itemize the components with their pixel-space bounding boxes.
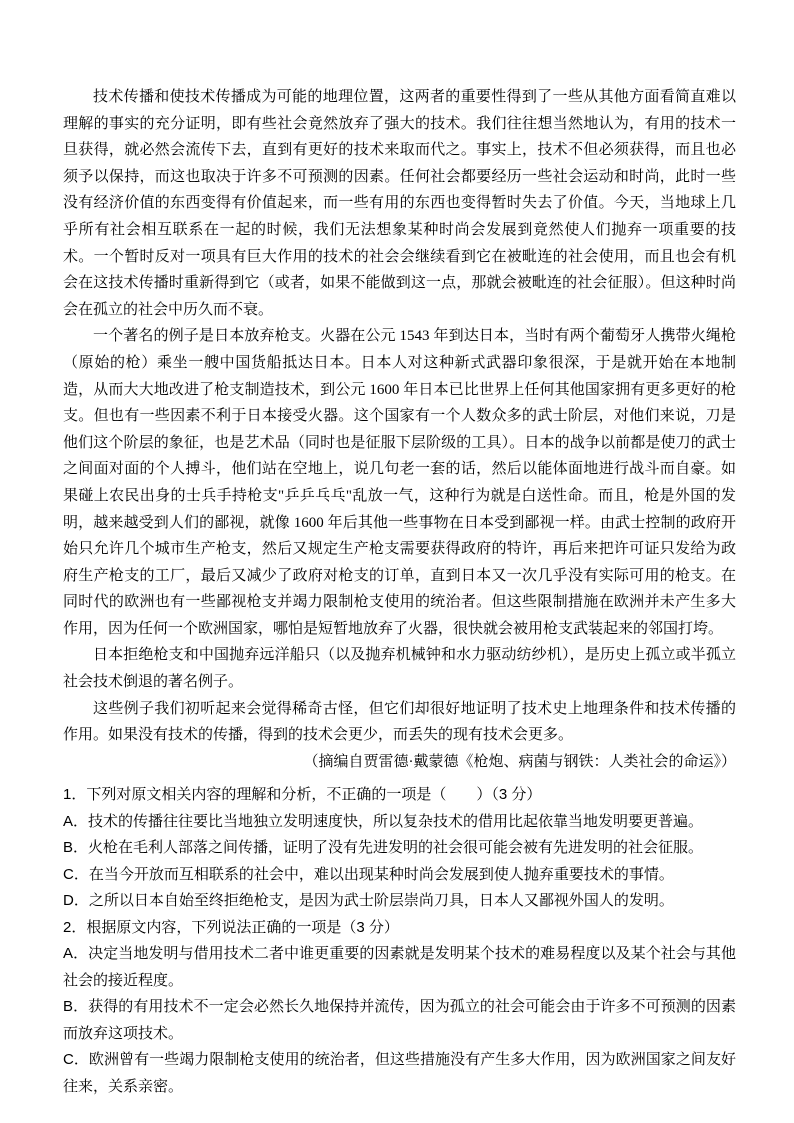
passage-paragraph-4: 这些例子我们初听起来会觉得稀奇古怪，但它们却很好地证明了技术史上地理条件和技术传… <box>63 696 736 749</box>
passage-attribution: （摘编自贾雷德·戴蒙德《枪炮、病菌与钢铁：人类社会的命运》） <box>63 749 736 776</box>
question-1-option-a: A．技术的传播往往要比当地独立发明速度快，所以复杂技术的借用比起依靠当地发明要更… <box>63 809 736 836</box>
question-2: 2．根据原文内容，下列说法正确的一项是（3 分） A．决定当地发明与借用技术二者… <box>63 915 736 1101</box>
question-2-option-b: B．获得的有用技术不一定会必然长久地保持并流传，因为孤立的社会可能会由于许多不可… <box>63 994 736 1047</box>
question-1-option-c: C．在当今开放而互相联系的社会中，难以出现某种时尚会发展到使人抛弃重要技术的事情… <box>63 862 736 889</box>
question-1: 1．下列对原文相关内容的理解和分析，不正确的一项是（ ）（3 分） A．技术的传… <box>63 782 736 915</box>
passage-paragraph-2: 一个著名的例子是日本放弃枪支。火器在公元 1543 年到达日本，当时有两个葡萄牙… <box>63 323 736 642</box>
reading-passage: 技术传播和使技术传播成为可能的地理位置，这两者的重要性得到了一些从其他方面看简直… <box>63 84 736 775</box>
question-2-stem: 2．根据原文内容，下列说法正确的一项是（3 分） <box>63 915 736 942</box>
passage-paragraph-1: 技术传播和使技术传播成为可能的地理位置，这两者的重要性得到了一些从其他方面看简直… <box>63 84 736 323</box>
question-2-option-a: A．决定当地发明与借用技术二者中谁更重要的因素就是发明某个技术的难易程度以及某个… <box>63 941 736 994</box>
question-2-option-c: C．欧洲曾有一些竭力限制枪支使用的统治者，但这些措施没有产生多大作用，因为欧洲国… <box>63 1047 736 1100</box>
questions-section: 1．下列对原文相关内容的理解和分析，不正确的一项是（ ）（3 分） A．技术的传… <box>63 782 736 1100</box>
document-page: 技术传播和使技术传播成为可能的地理位置，这两者的重要性得到了一些从其他方面看简直… <box>0 0 794 1123</box>
question-1-option-b: B．火枪在毛利人部落之间传播，证明了没有先进发明的社会很可能会被有先进发明的社会… <box>63 835 736 862</box>
passage-paragraph-3: 日本拒绝枪支和中国抛弃远洋船只（以及抛弃机械钟和水力驱动纺纱机），是历史上孤立或… <box>63 642 736 695</box>
question-1-stem: 1．下列对原文相关内容的理解和分析，不正确的一项是（ ）（3 分） <box>63 782 736 809</box>
question-1-option-d: D．之所以日本自始至终拒绝枪支，是因为武士阶层崇尚刀具，日本人又鄙视外国人的发明… <box>63 888 736 915</box>
